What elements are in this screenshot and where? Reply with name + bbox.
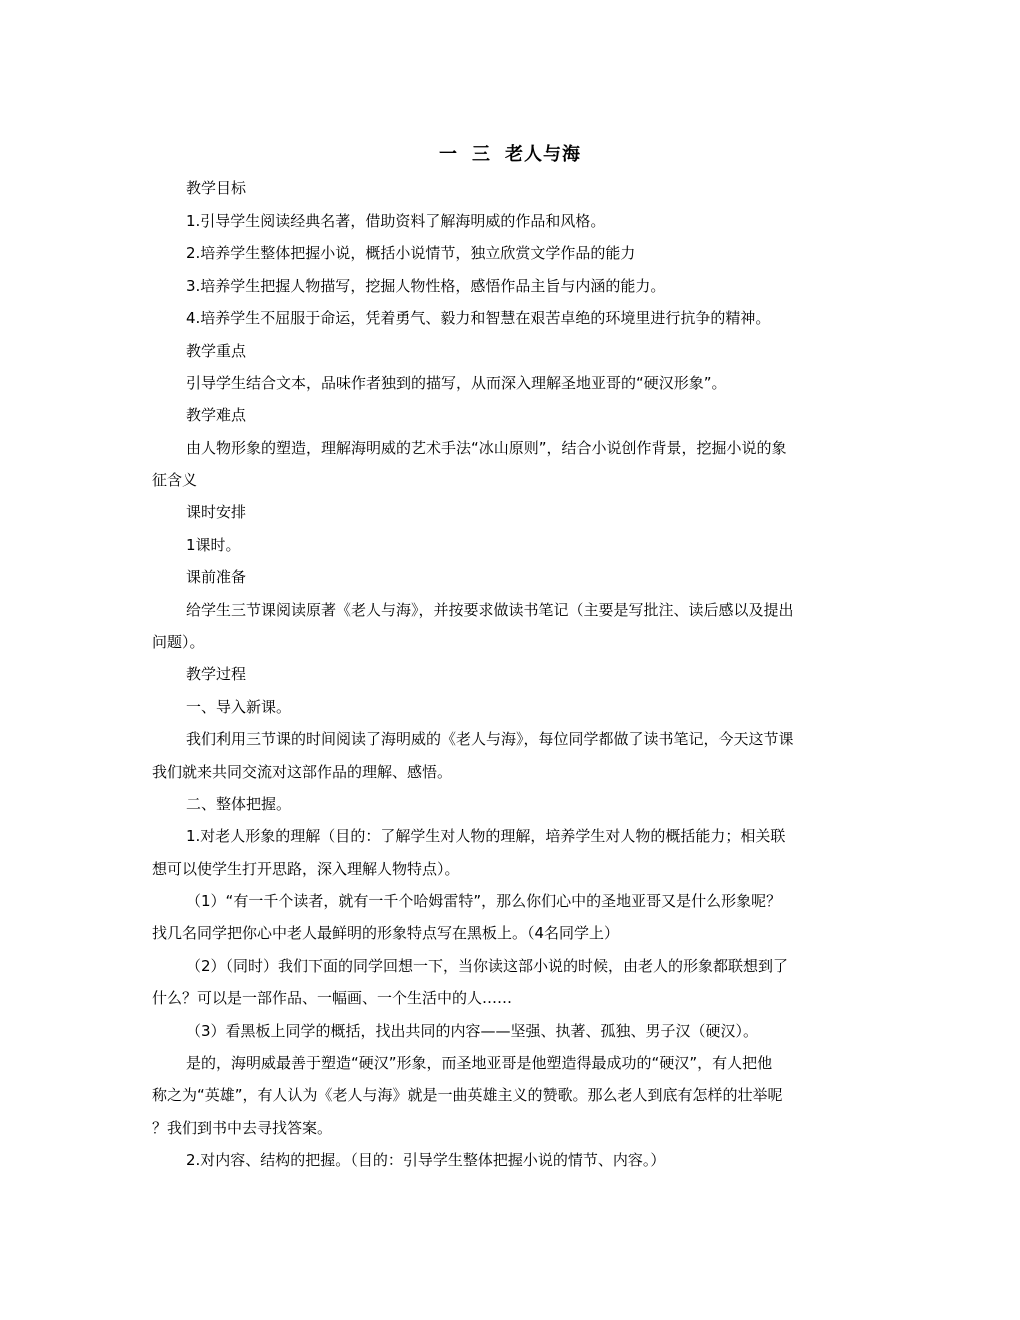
document-page: 一三老人与海 教学目标1.引导学生阅读经典名著，借助资料了解海明威的作品和风格。…: [0, 0, 1020, 1320]
text-line: 教学目标: [186, 178, 906, 198]
text-line: 2.培养学生整体把握小说，概括小说情节，独立欣赏文学作品的能力: [186, 243, 906, 263]
text-line: （1）“有一千个读者，就有一千个哈姆雷特”，那么你们心中的圣地亚哥又是什么形象呢…: [186, 891, 906, 911]
text-line: 想可以使学生打开思路，深入理解人物特点）。: [152, 859, 872, 879]
text-line: 由人物形象的塑造，理解海明威的艺术手法“冰山原则”，结合小说创作背景，挖掘小说的…: [186, 438, 906, 458]
text-line: 找几名同学把你心中老人最鲜明的形象特点写在黑板上。（4名同学上）: [152, 923, 872, 943]
text-line: 我们就来共同交流对这部作品的理解、感悟。: [152, 762, 872, 782]
text-line: 2.对内容、结构的把握。（目的：引导学生整体把握小说的情节、内容。）: [186, 1150, 906, 1170]
text-line: 1.对老人形象的理解（目的：了解学生对人物的理解，培养学生对人物的概括能力；相关…: [186, 826, 906, 846]
text-line: （3）看黑板上同学的概括，找出共同的内容——坚强、执著、孤独、男子汉（硬汉）。: [186, 1021, 906, 1041]
text-line: 二、整体把握。: [186, 794, 906, 814]
text-line: 1课时。: [186, 535, 906, 555]
text-line: 课时安排: [186, 502, 906, 522]
text-line: 问题）。: [152, 632, 872, 652]
text-line: 1.引导学生阅读经典名著，借助资料了解海明威的作品和风格。: [186, 211, 906, 231]
text-line: 课前准备: [186, 567, 906, 587]
text-line: 称之为“英雄”，有人认为《老人与海》就是一曲英雄主义的赞歌。那么老人到底有怎样的…: [152, 1085, 872, 1105]
text-line: 一、导入新课。: [186, 697, 906, 717]
text-line: 教学过程: [186, 664, 906, 684]
text-line: 是的，海明威最善于塑造“硬汉”形象，而圣地亚哥是他塑造得最成功的“硬汉”，有人把…: [186, 1053, 906, 1073]
title-part-3: 老人与海: [505, 144, 581, 165]
document-title: 一三老人与海: [0, 140, 1020, 166]
title-part-1: 一: [439, 144, 458, 165]
text-line: （2）（同时）我们下面的同学回想一下，当你读这部小说的时候，由老人的形象都联想到…: [186, 956, 906, 976]
text-line: 引导学生结合文本，品味作者独到的描写，从而深入理解圣地亚哥的“硬汉形象”。: [186, 373, 906, 393]
text-line: 我们利用三节课的时间阅读了海明威的《老人与海》，每位同学都做了读书笔记，今天这节…: [186, 729, 906, 749]
text-line: 3.培养学生把握人物描写，挖掘人物性格，感悟作品主旨与内涵的能力。: [186, 276, 906, 296]
title-part-2: 三: [472, 144, 491, 165]
text-line: ？我们到书中去寻找答案。: [152, 1118, 872, 1138]
text-line: 教学重点: [186, 341, 906, 361]
text-line: 征含义: [152, 470, 872, 490]
text-line: 教学难点: [186, 405, 906, 425]
text-line: 给学生三节课阅读原著《老人与海》，并按要求做读书笔记（主要是写批注、读后感以及提…: [186, 600, 906, 620]
text-line: 4.培养学生不屈服于命运，凭着勇气、毅力和智慧在艰苦卓绝的环境里进行抗争的精神。: [186, 308, 906, 328]
text-line: 什么？可以是一部作品、一幅画、一个生活中的人……: [152, 988, 872, 1008]
